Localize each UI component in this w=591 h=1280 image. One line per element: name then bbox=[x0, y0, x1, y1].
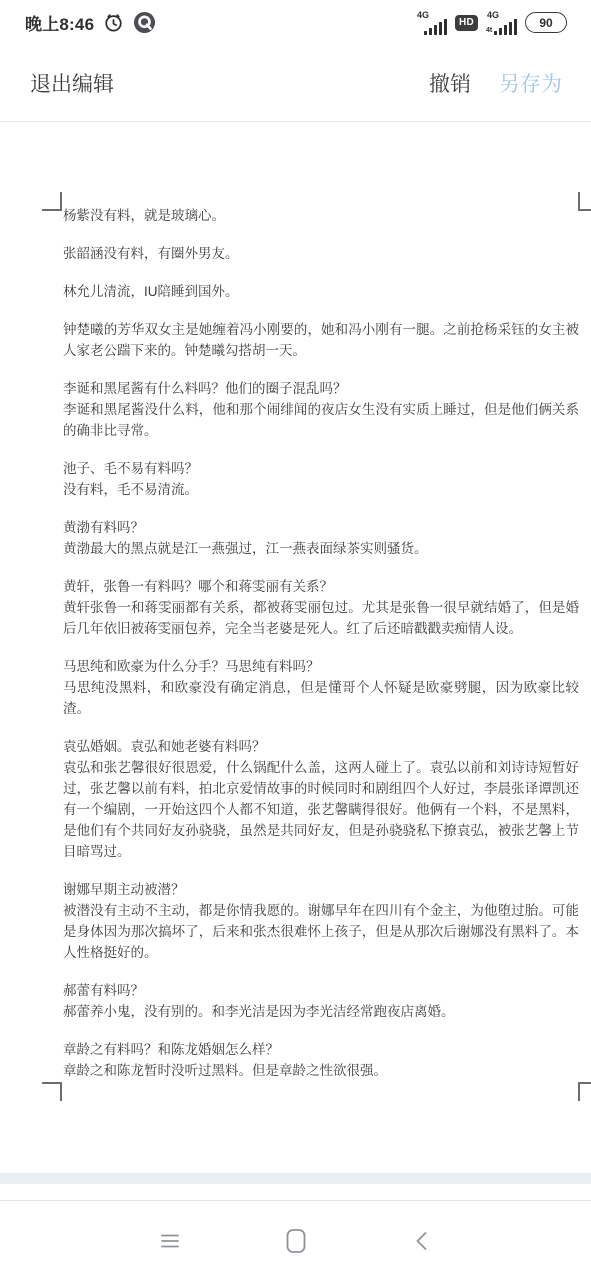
signal-sim1-icon: 4G bbox=[416, 10, 447, 36]
alarm-clock-icon bbox=[103, 12, 124, 33]
paragraph[interactable]: 黄轩，张鲁一有料吗？哪个和蒋雯丽有关系？ 黄轩张鲁一和蒋雯丽都有关系，都被蒋雯丽… bbox=[63, 576, 579, 639]
paragraph[interactable]: 池子、毛不易有料吗？ 没有料，毛不易清流。 bbox=[63, 458, 579, 500]
paragraph[interactable]: 黄渤有料吗？ 黄渤最大的黑点就是江一燕强过，江一燕表面绿茶实则骚货。 bbox=[63, 517, 579, 559]
paragraph[interactable]: 张韶涵没有料，有圈外男友。 bbox=[63, 243, 579, 264]
page-margin-mark-top-left bbox=[42, 192, 62, 211]
page-margin-mark-bottom-left bbox=[42, 1082, 62, 1101]
exit-edit-button[interactable]: 退出编辑 bbox=[30, 68, 114, 98]
battery-icon: 90 bbox=[525, 12, 567, 33]
paragraph[interactable]: 袁弘婚姻。袁弘和她老婆有料吗？ 袁弘和张艺馨很好很恩爱，什么锅配什么盖，这两人碰… bbox=[63, 736, 579, 862]
back-button[interactable] bbox=[401, 1220, 443, 1262]
home-square-icon bbox=[284, 1228, 308, 1254]
home-button[interactable] bbox=[275, 1220, 317, 1262]
status-bar: 晚上8:46 4G HD bbox=[0, 0, 591, 45]
volte-hd-icon: HD bbox=[455, 15, 478, 31]
hamburger-menu-icon bbox=[158, 1229, 182, 1253]
signal-sim2-icon: 4G 4t bbox=[486, 10, 517, 36]
status-time: 晚上8:46 bbox=[25, 10, 94, 35]
chevron-left-icon bbox=[411, 1229, 433, 1253]
document-body[interactable]: 杨紫没有料，就是玻璃心。 张韶涵没有料，有圈外男友。 林允儿清流，IU陪睡到国外… bbox=[63, 205, 579, 1098]
paragraph[interactable]: 郝蕾有料吗？ 郝蕾养小鬼，没有别的。和李光洁是因为李光洁经常跑夜店离婚。 bbox=[63, 980, 579, 1022]
undo-button[interactable]: 撤销 bbox=[429, 68, 471, 98]
recents-button[interactable] bbox=[149, 1220, 191, 1262]
paragraph[interactable]: 李诞和黑尾酱有什么料吗？他们的圈子混乱吗？ 李诞和黑尾酱没什么料，他和那个闹绯闻… bbox=[63, 378, 579, 441]
paragraph[interactable]: 谢娜早期主动被潜？ 被潜没有主动不主动，都是你情我愿的。谢娜早年在四川有个金主，… bbox=[63, 879, 579, 963]
page-margin-mark-top-right bbox=[578, 192, 591, 211]
page-margin-mark-bottom-right bbox=[578, 1082, 591, 1101]
paragraph[interactable]: 钟楚曦的芳华双女主是她缠着冯小刚要的，她和冯小刚有一腿。之前抢杨采钰的女主被人家… bbox=[63, 319, 579, 361]
paragraph[interactable]: 马思纯和欧豪为什么分手？马思纯有料吗？ 马思纯没黑料，和欧豪没有确定消息，但是懂… bbox=[63, 656, 579, 719]
sim2-data-arrows: 4t bbox=[486, 27, 492, 34]
edit-toolbar: 退出编辑 撤销 另存为 bbox=[0, 45, 591, 122]
phone-screen: 晚上8:46 4G HD bbox=[0, 0, 591, 1280]
quark-app-icon bbox=[133, 11, 156, 34]
page-end-gap bbox=[0, 1173, 591, 1184]
paragraph[interactable]: 杨紫没有料，就是玻璃心。 bbox=[63, 205, 579, 226]
paragraph[interactable]: 章龄之有料吗？和陈龙婚姻怎么样？ 章龄之和陈龙暂时没听过黑料。但是章龄之性欲很强… bbox=[63, 1039, 579, 1081]
paragraph[interactable]: 林允儿清流，IU陪睡到国外。 bbox=[63, 281, 579, 302]
system-nav-bar bbox=[0, 1201, 591, 1280]
save-as-button[interactable]: 另存为 bbox=[499, 68, 562, 98]
